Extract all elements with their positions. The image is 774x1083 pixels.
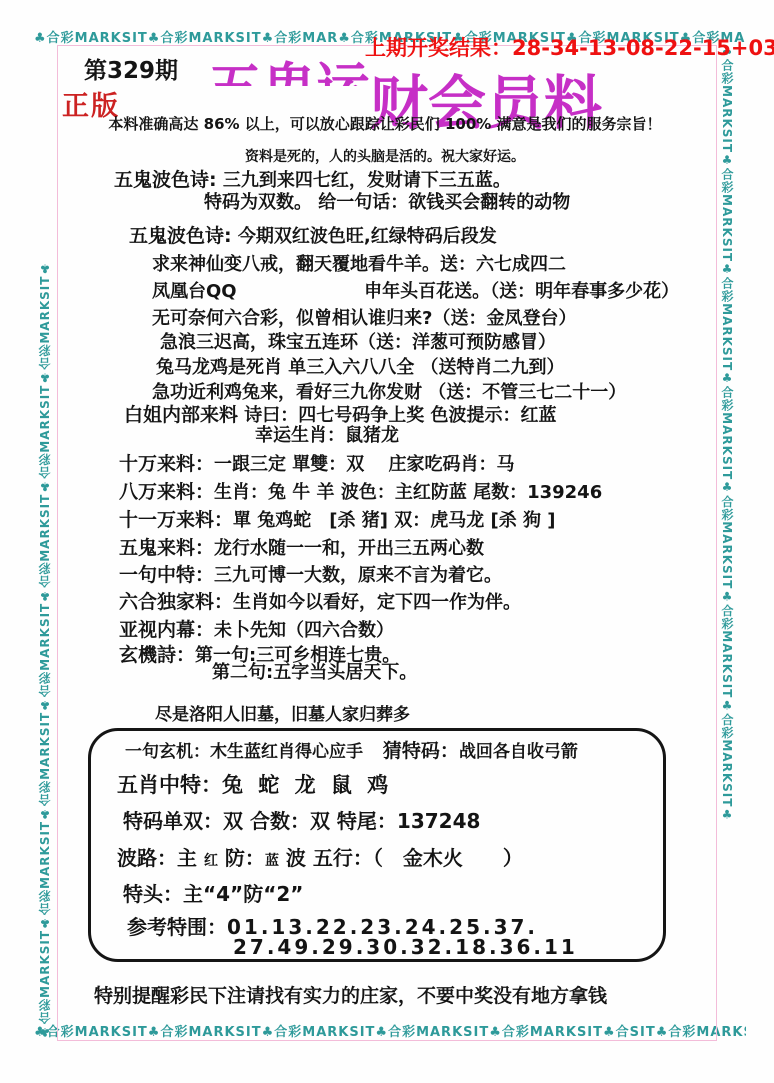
row-shiwan: 十万来料：一跟三定 單雙：双 庄家吃码肖：马 [119, 449, 515, 476]
row-liuhe: 六合独家料：生肖如今以看好，定下四一作为伴。 [119, 587, 521, 614]
box-bolu-fang: 防： [218, 846, 265, 870]
marksit-border-left: ♣合彩MARKSIT♣合彩MARKSIT♣合彩MARKSIT♣合彩MARKSIT… [36, 44, 54, 1039]
row-liuhe-label: 六合独家料： [119, 591, 233, 613]
row-bawan: 八万来料：生肖：兔 牛 羊 波色：主红防蓝 尾数：139246 [119, 477, 602, 504]
poem2-verse2-left: 凤凰台QQ [152, 281, 237, 302]
row-wugui-text: 龙行水随一一和，开出三五两心数 [214, 538, 484, 559]
xuanji-line2: 第二句:五字当头居天下。 [212, 658, 417, 684]
box-bolu-blue: 蓝 [265, 853, 279, 869]
row-liuhe-text: 生肖如今以看好，定下四一作为伴。 [233, 592, 521, 613]
row-yashi-label: 亚视内幕： [119, 619, 214, 641]
issue-number: 第329期 [84, 52, 178, 85]
page-title-clipped-part: 五鬼运 [208, 46, 370, 86]
lottery-tip-sheet: ♣合彩MARKSIT♣合彩MARKSIT♣合彩MAR♣合彩MARKSIT♣合彩M… [0, 0, 774, 1083]
accuracy-slogan: 本料准确高达 86% 以上，可以放心跟踪让彩民们 100% 满意是我们的服务宗旨… [85, 113, 685, 134]
poem1-label: 五鬼波色诗: [114, 169, 217, 191]
box-bolu-red: 红 [204, 853, 218, 869]
row-yashi-text: 未卜先知（四六合数） [214, 620, 394, 641]
poem2-verse0: 今期双红波色旺,红绿特码后段发 [238, 226, 497, 247]
box-yiju-text: 木生蓝红肖得心应手 [210, 742, 363, 762]
luck-slogan: 资料是死的，人的头脑是活的。祝大家好运。 [85, 146, 685, 166]
poem2-verse5: 兔马龙鸡是死肖 单三入六八八全 （送特肖二九到） [156, 353, 565, 379]
xuanji-label: 玄機詩： [119, 644, 195, 666]
box-cai-text: 战回各自收弓箭 [459, 742, 578, 762]
row-bawan-text: 生肖：兔 牛 羊 波色：主红防蓝 尾数：139246 [214, 482, 602, 503]
box-yiju-label: 一句玄机： [125, 742, 210, 762]
box-yiju-line: 一句玄机：木生蓝红肖得心应手 猜特码：战回各自收弓箭 [125, 736, 578, 763]
poem2-header: 五鬼波色诗: 今期双红波色旺,红绿特码后段发 [129, 221, 497, 248]
row-yiju-label: 一句中特： [119, 564, 214, 586]
poem1-line2: 特码为双数。 给一句话：欲钱买会翻转的动物 [204, 188, 570, 214]
row-yashi: 亚视内幕：未卜先知（四六合数） [119, 615, 394, 642]
row-yiju-text: 三九可博一大数，原来不言为着它。 [214, 565, 502, 586]
box-bolu-main: 波路：主 [117, 846, 204, 870]
row-yiju: 一句中特：三九可博一大数，原来不言为着它。 [119, 560, 502, 587]
box-wuxiao-text: 兔 蛇 龙 鼠 鸡 [222, 773, 392, 797]
footer-warning: 特别提醒彩民下注请找有实力的庄家，不要中奖没有地方拿钱 [94, 981, 607, 1008]
row-bawan-label: 八万来料： [119, 481, 214, 503]
row-shiyiwan-text: 單 兔鸡蛇 [杀 猪] 双：虎马龙 [杀 狗 ] [233, 510, 556, 531]
marksit-border-right: ♣合彩MARKSIT♣合彩MARKSIT♣合彩MARKSIT♣合彩MARKSIT… [718, 44, 736, 1039]
box-danshuang-line: 特码单双：双 合数：双 特尾：137248 [123, 805, 480, 834]
poem2-verse1: 求来神仙变八戒，翻天覆地看牛羊。送：六七成四二 [152, 250, 566, 276]
row-shiyiwan-label: 十一万来料： [119, 509, 233, 531]
box-wuxiao-line: 五肖中特：兔 蛇 龙 鼠 鸡 [117, 769, 392, 799]
box-bolu-wuxing: 波 五行：（ 金木火 ） [279, 846, 523, 870]
poem2-verse2-right: 申年头百花送。（送：明年春事多少花） [364, 281, 679, 302]
box-wuxiao-label: 五肖中特： [117, 773, 222, 797]
box-cai-label: 猜特码： [383, 740, 459, 762]
box-tewei-line2: 27.49.29.30.32.18.36.11 [233, 935, 578, 959]
poem2-verse2: 凤凰台QQ 申年头百花送。（送：明年春事多少花） [152, 277, 679, 303]
box-tetou-line: 特头：主“4”防“2” [123, 878, 303, 907]
marksit-border-bottom: ♣合彩MARKSIT♣合彩MARKSIT♣合彩MARKSIT♣合彩MARKSIT… [34, 1021, 746, 1039]
baijie-label: 白姐内部来料 [124, 404, 238, 426]
row-wugui: 五鬼来料：龙行水随一一和，开出三五两心数 [119, 533, 484, 560]
box-tewei-label: 参考特围： [127, 915, 227, 939]
row-shiyiwan: 十一万来料：單 兔鸡蛇 [杀 猪] 双：虎马龙 [杀 狗 ] [119, 505, 556, 532]
prediction-box: 一句玄机：木生蓝红肖得心应手 猜特码：战回各自收弓箭 五肖中特：兔 蛇 龙 鼠 … [88, 728, 666, 962]
poem2-verse4: 急浪三迟高，珠宝五连环（送：洋葱可预防感冒） [160, 328, 556, 354]
box-bolu-line: 波路：主 红 防：蓝 波 五行：（ 金木火 ） [117, 842, 523, 871]
baijie-line2: 幸运生肖：鼠猪龙 [255, 421, 399, 447]
tomb-verse: 尽是洛阳人旧墓，旧墓人家归葬多 [155, 700, 410, 725]
row-shiwan-label: 十万来料： [119, 453, 214, 475]
row-wugui-label: 五鬼来料： [119, 537, 214, 559]
row-shiwan-text: 一跟三定 單雙：双 庄家吃码肖：马 [214, 454, 515, 475]
poem2-label: 五鬼波色诗: [129, 225, 232, 247]
poem2-verse3: 无可奈何六合彩，似曾相认谁归来?（送：金凤登台） [152, 304, 576, 330]
